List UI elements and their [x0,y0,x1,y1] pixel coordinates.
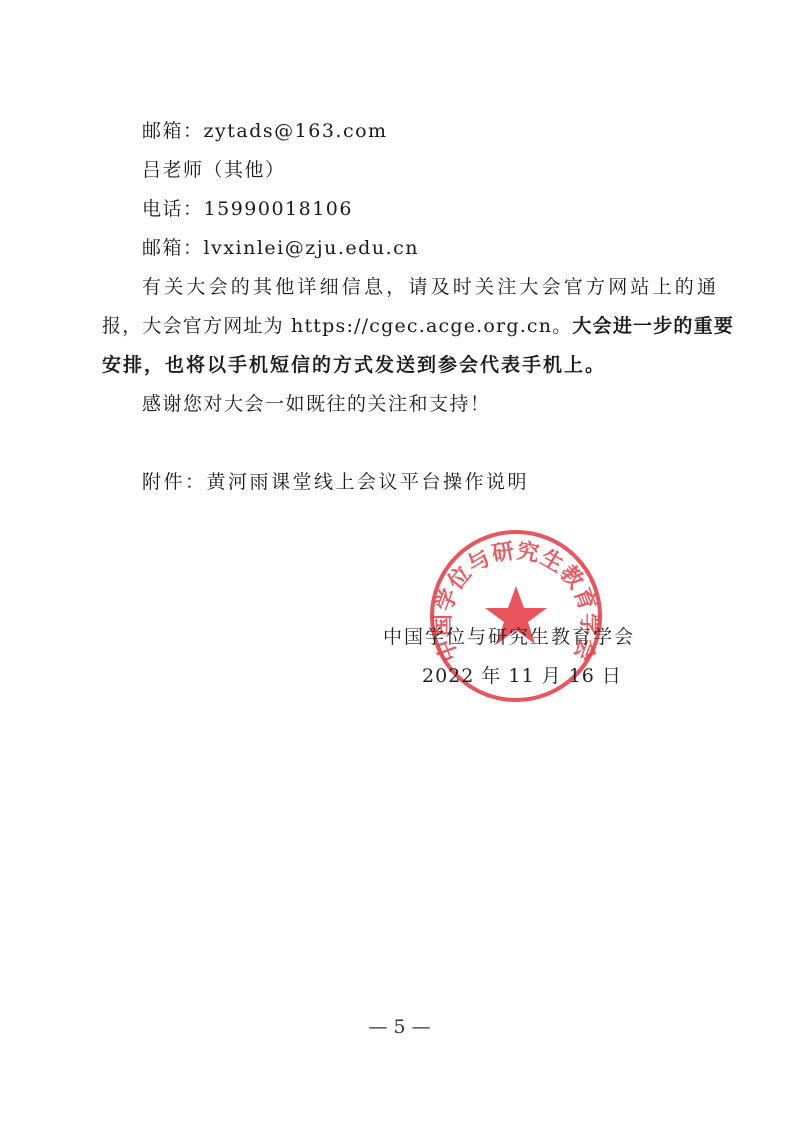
page-number: — 5 — [0,1016,799,1038]
thanks-line: 感谢您对大会一如既往的关注和支持！ [142,392,491,416]
attachment-line: 附件：黄河雨课堂线上会议平台操作说明 [142,470,529,494]
email-label: 邮箱： [142,237,204,259]
email-value: zytads@163.com [204,120,388,142]
signature-date: 2022 年 11 月 16 日 [422,664,622,688]
signature-org: 中国学位与研究生教育学会 [383,625,635,649]
website-text: 报，大会官方网址为 https://cgec.acge.org.cn。 [102,315,572,337]
phone-label: 电话： [142,198,204,220]
contact-email-1: 邮箱：zytads@163.com [142,119,388,143]
paragraph-line-3: 安排，也将以手机短信的方式发送到参会代表手机上。 [102,353,606,377]
contact-phone: 电话：15990018106 [142,197,353,221]
contact-email-2: 邮箱：lvxinlei@zju.edu.cn [142,236,419,260]
phone-value: 15990018106 [204,198,353,220]
paragraph-line-2: 报，大会官方网址为 https://cgec.acge.org.cn。大会进一步… [102,314,734,338]
bold-notice: 大会进一步的重要 [572,315,734,337]
email-value: lvxinlei@zju.edu.cn [204,237,419,259]
contact-name: 吕老师（其他） [142,158,286,182]
email-label: 邮箱： [142,120,204,142]
paragraph-line-1: 有关大会的其他详细信息，请及时关注大会官方网站上的通 [142,275,719,299]
